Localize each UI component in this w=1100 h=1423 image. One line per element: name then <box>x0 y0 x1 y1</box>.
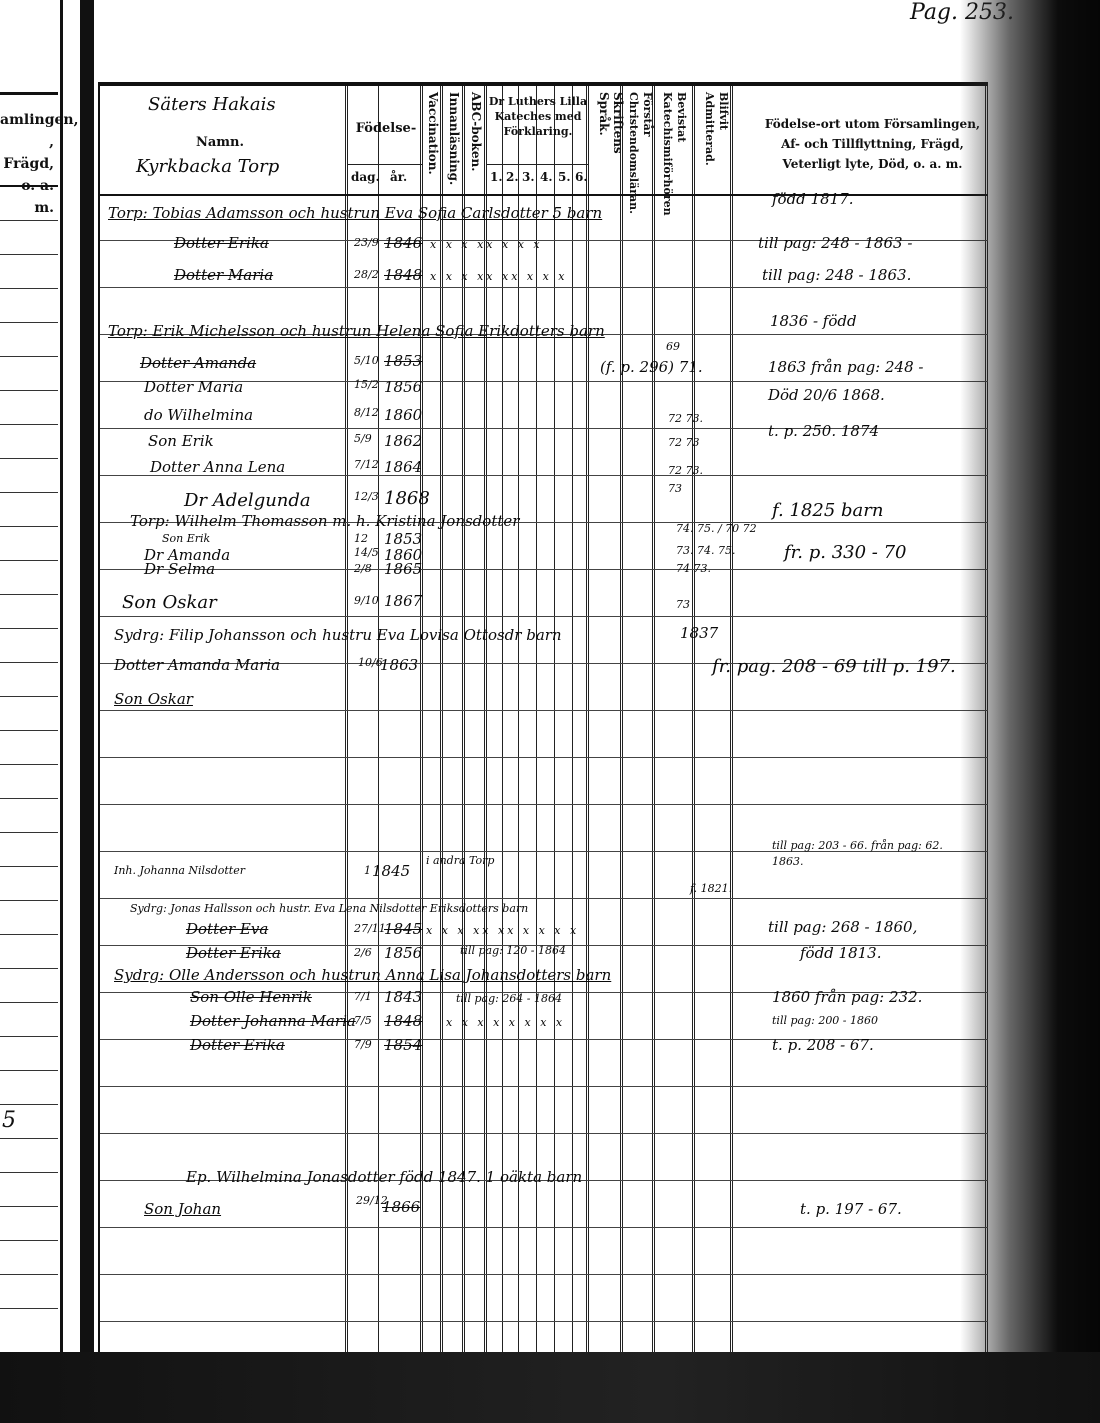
remarks-header: Födelse-ort utom Församlingen, Af- och T… <box>760 114 985 174</box>
entry-birth-year: 1856 <box>384 378 422 396</box>
entry-birth-day: 27/11 <box>354 922 386 935</box>
entry-birth-day: 12 <box>354 532 368 545</box>
entry-birth-year: 1864 <box>384 458 422 476</box>
entry-exam: 74 73. <box>676 562 711 575</box>
entry-name: Inh. Johanna Nilsdotter <box>114 864 245 877</box>
entry-name: Son Olle Henrik <box>190 988 312 1006</box>
entry-name: Son Oskar <box>122 592 217 613</box>
entry-remarks: till pag: 268 - 1860, <box>768 918 917 936</box>
innanlasning-header: Innanläsning. <box>447 92 461 185</box>
previous-page-header: amlingen, , Frägd, o. a. m. <box>0 92 58 187</box>
entry-birth-year: 1860 <box>384 406 422 424</box>
entry-birth-day: 12/3 <box>354 490 379 503</box>
previous-page-mark: 5 <box>2 1108 16 1133</box>
entry-remarks: 1860 från pag: 232. <box>772 988 922 1006</box>
previous-header-line: amlingen, <box>0 109 54 131</box>
entry-exam: 69 <box>666 340 680 353</box>
entry-name: Son Johan <box>144 1200 221 1218</box>
entry-remarks: t. p. 208 - 67. <box>772 1036 874 1054</box>
entry-birth-day: 9/10 <box>354 594 379 607</box>
table-header: Säters Hakais Namn. Kyrkbacka Torp Födel… <box>100 86 988 196</box>
register-sheet: Säters Hakais Namn. Kyrkbacka Torp Födel… <box>98 82 988 1376</box>
entry-birth-day: 7/1 <box>354 990 372 1003</box>
entry-note: (f. p. 296) 71. <box>600 358 703 376</box>
birth-year-header: år. <box>390 170 407 184</box>
previous-page-rules <box>0 187 58 1337</box>
entry-birth-year: 1865 <box>384 560 422 578</box>
entry-birth-day: 7/12 <box>354 458 379 471</box>
entry-remarks: till pag: 248 - 1863 - <box>758 234 912 252</box>
entry-birth-day: 23/9 <box>354 236 379 249</box>
cat-col-2: 2. <box>506 170 519 184</box>
book-gutter <box>80 0 94 1390</box>
entry-birth-day: 5/9 <box>354 432 372 445</box>
forstar-header: Förstår Christendomsläran. <box>626 92 654 182</box>
entry-birth-year: 1863 <box>380 656 418 674</box>
entry-name: Dotter Johanna Maria <box>190 1012 356 1030</box>
catechism-divider <box>487 164 589 165</box>
entry-name: Dotter Maria <box>174 266 273 284</box>
entry-birth-day: 28/2 <box>354 268 379 281</box>
previous-page-edge: amlingen, , Frägd, o. a. m. 5 <box>0 0 63 1380</box>
catechism-header: Dr Luthers Lilla Kateches med Förklaring… <box>488 94 588 139</box>
entry-birth-year: 1866 <box>382 1198 420 1216</box>
entry-name: Dotter Erika <box>186 944 281 962</box>
entry-remarks: 1863 från pag: 248 - <box>768 358 923 376</box>
entry-name: do Wilhelmina <box>144 406 253 424</box>
entry-birth-day: 1 <box>364 864 371 877</box>
name-header: Namn. <box>180 134 260 151</box>
cat-col-1: 1. <box>490 170 503 184</box>
entry-birth-year: 1854 <box>384 1036 422 1054</box>
entry-birth-year: 1843 <box>384 988 422 1006</box>
entry-name: Son Oskar <box>114 690 193 708</box>
entry-exam: 73 <box>668 482 682 495</box>
cat-col-3: 3. <box>522 170 535 184</box>
entry-household: Torp: Tobias Adamsson och hustrun Eva So… <box>108 204 602 222</box>
entry-birth-year: 1848 <box>384 1012 422 1030</box>
entry-birth-day: 15/2 <box>354 378 379 391</box>
entry-birth-year: 1845 <box>372 862 410 880</box>
entry-remarks: till pag: 200 - 1860 <box>772 1014 878 1027</box>
entry-name: Dr Selma <box>144 560 215 578</box>
skriftens-header: Skriftens Språk. <box>597 92 625 194</box>
subplace-title: Kyrkbacka Torp <box>136 156 279 177</box>
entry-remarks: till pag: 248 - 1863. <box>762 266 911 284</box>
place-title: Säters Hakais <box>148 94 276 115</box>
entry-note: till pag: 264 - 1864 <box>456 992 562 1005</box>
entry-birth-year: 1846 <box>384 234 422 252</box>
birth-header: Födelse- <box>352 120 420 137</box>
entry-remarks: Död 20/6 1868. <box>768 386 885 404</box>
entry-birth-day: 5/10 <box>354 354 379 367</box>
previous-header-line: , Frägd, <box>0 131 54 175</box>
entry-birth-year: 1856 <box>384 944 422 962</box>
cat-col-6: 6. <box>575 170 588 184</box>
entry-exam: 74. 75. / 70 72 <box>676 522 757 535</box>
entry-birth-day: 7/9 <box>354 1038 372 1051</box>
entry-exam: 72 73. <box>668 412 703 425</box>
entry-exam: 72 73. <box>668 464 703 477</box>
entry-household: Sydrg: Filip Johansson och hustru Eva Lo… <box>114 626 562 644</box>
entry-remarks: fr. p. 330 - 70 <box>784 542 906 563</box>
entry-name: Son Erik <box>148 432 214 450</box>
vaccination-header: Vaccination. <box>426 92 440 175</box>
entry-birth-day: 2/6 <box>354 946 372 959</box>
entry-birth-year: 1867 <box>384 592 422 610</box>
entry-exam: 73 <box>676 598 690 611</box>
entry-household: Ep. Wilhelmina Jonasdotter född 1847. 1 … <box>186 1168 582 1186</box>
abc-header: ABC-boken. <box>469 92 483 171</box>
entry-birth-day: 2/8 <box>354 562 372 575</box>
birth-divider <box>348 164 423 165</box>
entry-household: Sydrg: Jonas Hallsson och hustr. Eva Len… <box>130 902 528 915</box>
entry-remarks: 1836 - född <box>770 312 857 330</box>
entry-name: Dotter Erika <box>190 1036 285 1054</box>
cat-col-4: 4. <box>540 170 553 184</box>
entry-household: Torp: Wilhelm Thomasson m. h. Kristina J… <box>130 512 519 530</box>
entry-marks: x x x xx xx x x x <box>430 270 568 283</box>
entry-exam: 72 73 <box>668 436 700 449</box>
entry-name: Dotter Anna Lena <box>150 458 285 476</box>
entry-marks: x x x x x x x x <box>446 1016 565 1029</box>
admitterad-header: Blifvit Admitterad. <box>702 92 730 172</box>
entry-household: Sydrg: Olle Andersson och hustrun Anna L… <box>114 966 611 984</box>
entry-birth-day: 10/6 <box>358 656 383 669</box>
entry-remarks: f. 1825 barn <box>772 500 883 521</box>
entry-household: Torp: Erik Michelsson och hustrun Helena… <box>108 322 605 340</box>
scan-shadow <box>960 0 1100 1423</box>
entry-birth-year: 1853 <box>384 352 422 370</box>
entry-name: Dotter Maria <box>144 378 243 396</box>
cat-col-5: 5. <box>558 170 571 184</box>
entry-note: i andra Torp <box>426 854 494 867</box>
entry-name: Dotter Eva <box>186 920 268 938</box>
entry-name: Dotter Amanda Maria <box>114 656 280 674</box>
entry-marks: x x x xx xx x x x x <box>426 924 579 937</box>
entry-birth-day: 14/5 <box>354 546 379 559</box>
entry-note: till pag: 120 - 1864 <box>460 944 566 957</box>
entry-note: f. 1821. <box>690 882 732 895</box>
entry-remarks: född 1813. <box>800 944 882 962</box>
entry-birth-year: 1848 <box>384 266 422 284</box>
entry-marks: x x x xx x x x <box>430 238 543 251</box>
entry-birth-day: 8/12 <box>354 406 379 419</box>
entry-remarks: 1837 <box>680 624 718 642</box>
entry-remarks: t. p. 250. 1874 <box>768 422 879 440</box>
entry-remarks: till pag: 203 - 66. från pag: 62. 1863. <box>772 838 972 870</box>
entry-birth-year: 1868 <box>384 488 430 509</box>
entry-remarks: född 1817. <box>772 190 854 208</box>
entry-remarks: fr. pag. 208 - 69 till p. 197. <box>712 656 956 677</box>
entry-birth-day: 7/5 <box>354 1014 372 1027</box>
entry-name: Dr Adelgunda <box>184 490 311 511</box>
entry-name: Son Erik <box>162 532 210 545</box>
scan-bottom-edge <box>0 1352 1100 1423</box>
entry-name: Dotter Amanda <box>140 354 256 372</box>
entry-name: Dotter Erika <box>174 234 269 252</box>
birth-day-header: dag. <box>351 170 380 184</box>
entry-exam: 73. 74. 75. <box>676 544 735 557</box>
entry-birth-year: 1845 <box>384 920 422 938</box>
entry-remarks: t. p. 197 - 67. <box>800 1200 902 1218</box>
bevistat-header: Bevistat Katechismiförhören <box>660 92 688 182</box>
entry-birth-year: 1862 <box>384 432 422 450</box>
